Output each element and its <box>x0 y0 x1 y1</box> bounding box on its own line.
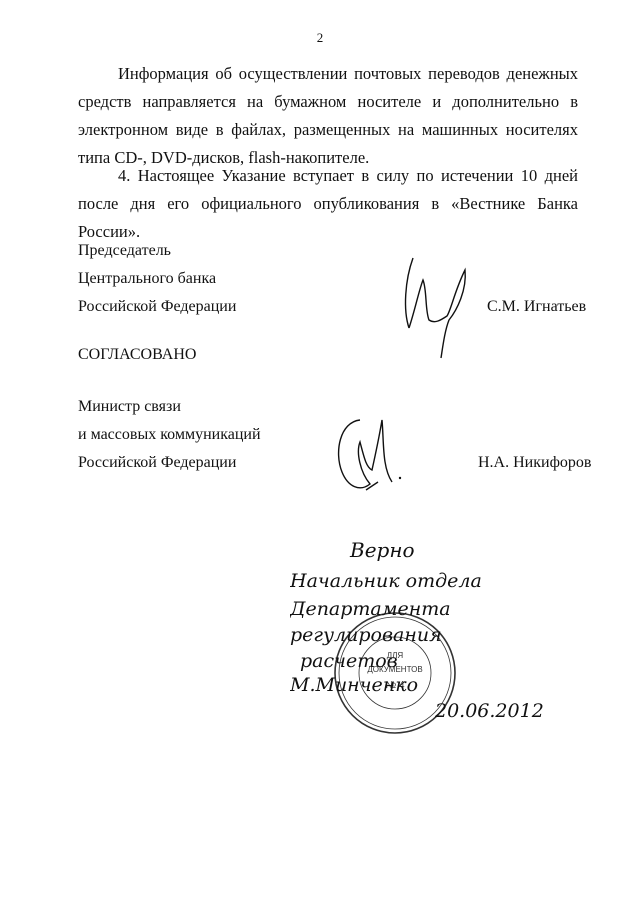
signatory2-name: Н.А. Никифоров <box>478 454 591 472</box>
signature-ignatyev <box>395 250 485 360</box>
hand-line-regulation: регулирования <box>290 624 442 646</box>
paragraph-info: Информация об осуществлении почтовых пер… <box>78 60 578 172</box>
signatory1-title-line1: Председатель <box>78 242 171 260</box>
signatory2-title-line3: Российской Федерации <box>78 454 236 472</box>
hand-line-department: Департамента <box>290 598 451 620</box>
signatory1-title-line2: Центрального банка <box>78 270 216 288</box>
signatory2-title-line2: и массовых коммуникаций <box>78 426 261 444</box>
hand-line-signature: М.Минченко <box>290 674 418 696</box>
signature-nikiforov <box>330 412 410 502</box>
hand-line-date: 20.06.2012 <box>434 700 544 722</box>
signatory1-title-line3: Российской Федерации <box>78 298 236 316</box>
signatory2-title-line1: Министр связи <box>78 398 181 416</box>
hand-line-chief: Начальник отдела <box>290 570 482 592</box>
page-number: 2 <box>0 30 640 46</box>
handwritten-certification: Верно Начальник отдела Департамента регу… <box>290 535 610 735</box>
hand-line-settlements: расчетов <box>300 650 398 672</box>
signatory1-name: С.М. Игнатьев <box>487 298 586 316</box>
paragraph-effective-date: 4. Настоящее Указание вступает в силу по… <box>78 162 578 246</box>
hand-line-verno: Верно <box>349 538 415 562</box>
approved-label: СОГЛАСОВАНО <box>78 346 196 364</box>
